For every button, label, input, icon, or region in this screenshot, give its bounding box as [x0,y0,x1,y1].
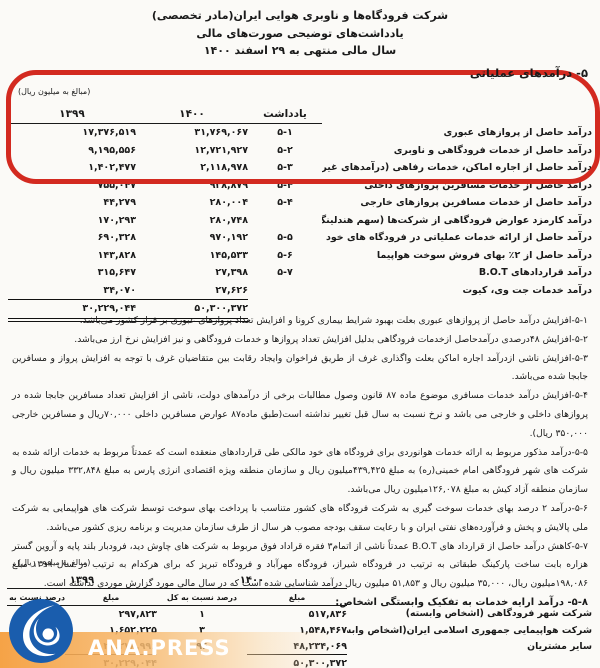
report-header: شرکت فرودگاه‌ها و ناوبری هوایی ایران(ماد… [0,7,600,60]
amount-1400: ۳۱,۷۶۹,۰۶۷ [136,124,248,142]
amount-1399: ۱۴۳,۸۲۸ [8,247,136,265]
report-title: یادداشت‌های توضیحی صورت‌های مالی [0,25,600,43]
note-5-1: ۵-۱-افزایش درآمد حاصل از پروازهای عبوری … [12,312,588,331]
revenue-label: درآمد حاصل از اجاره اماکن، خدمات رفاهی (… [322,159,592,177]
amount-1399: ۱۷۰,۲۹۳ [8,212,136,230]
sub-header-spacer [347,589,592,606]
amount-1399: ۶۹۰,۳۲۸ [8,229,136,247]
table-row: درآمد حاصل از خدمات فرودگاهی و ناوبری۵-۲… [8,142,592,160]
amount-1400: ۲۸۰,۰۰۴ [136,194,248,212]
amount-1399: ۲۹۷,۸۲۳ [65,606,157,623]
customer-label: سایر مشتریان [347,638,592,655]
revenue-label: درآمد حاصل از خدمات مسافرین پروازهای داخ… [322,177,592,195]
note-5-6: ۵-۶-درآمد ۲ درصد بهای خدمات سوخت گیری به… [12,500,588,538]
table-row: درآمد حاصل از ارائه خدمات عملیاتی در فرو… [8,229,592,247]
ana-news-agency-logo-icon [8,598,74,664]
fiscal-period: سال مالی منتهی به ۲۹ اسفند ۱۴۰۰ [0,42,600,60]
table-row: درآمد حاصل از پروازهای عبوری۵-۱۳۱,۷۶۹,۰۶… [8,124,592,142]
amount-1399: ۱۷,۳۷۶,۵۱۹ [8,124,136,142]
sub-header-amount-1399: مبلغ [65,589,157,606]
note-ref: ۵-۱ [248,124,322,142]
amount-1399: ۳۱۵,۶۴۷ [8,264,136,282]
amount-1399: ۳۴,۰۷۰ [8,282,136,300]
scanned-financial-note-page: شرکت فرودگاه‌ها و ناوبری هوایی ایران(ماد… [0,0,600,668]
totals-spacer [347,655,592,668]
table-row: درآمد قراردادهای B.O.T۵-۷۲۷,۳۹۸۳۱۵,۶۴۷ [8,264,592,282]
note-ref: ۵-۴ [248,194,322,212]
revenue-label: درآمد حاصل از ۲٪ بهای فروش سوخت هواپیما [322,247,592,265]
amount-1400: ۱۲,۷۲۱,۹۲۷ [136,142,248,160]
column-header-note: یادداشت [248,84,322,124]
sub-header-pct-1400: درصد نسبت به کل [157,589,247,606]
revenue-label: درآمد حاصل از پروازهای عبوری [322,124,592,142]
amount-1399: ۱,۴۰۲,۴۷۷ [8,159,136,177]
year-header-spacer [347,572,592,589]
operating-revenues-table: یادداشت ۱۴۰۰ ۱۳۹۹ درآمد حاصل از پروازهای… [8,84,592,322]
amount-1400: ۲,۱۱۸,۹۷۸ [136,159,248,177]
revenue-label: درآمد خدمات جت وی، کیوت [322,282,592,300]
table-row: درآمد حاصل از خدمات مسافرین پروازهای خار… [8,194,592,212]
note-ref: ۵-۲ [248,142,322,160]
revenue-label: درآمد حاصل از خدمات مسافرین پروازهای خار… [322,194,592,212]
table-row: درآمد کارمزد عوارض فرودگاهی از شرکت‌ها (… [8,212,592,230]
column-header-1399: ۱۳۹۹ [8,84,136,124]
table-header-row: یادداشت ۱۴۰۰ ۱۳۹۹ [8,84,592,124]
amount-1400: ۱۴۵,۵۳۳ [136,247,248,265]
note-5-3: ۵-۳-افزایش ناشی ازدرآمد اجاره اماکن بعلت… [12,350,588,388]
customer-label: شرکت شهر فرودگاهی (اشخاص وابسته) [347,606,592,623]
amount-1400: ۴۸,۲۳۴,۰۶۹ [247,638,347,655]
header-spacer [322,84,592,124]
sub-header-row: مبلغ درصد نسبت به کل مبلغ درصد نسبت به ک… [7,589,592,606]
note-ref: ۵-۴ [248,177,322,195]
note-ref: ۵-۵ [248,229,322,247]
amount-1400: ۲۷,۳۹۸ [136,264,248,282]
sub-header-amount-1400: مبلغ [247,589,347,606]
section-title-operating-revenues: ۵- درآمدهای عملیاتی [470,66,588,80]
amount-1400: ۹۳۸,۸۷۹ [136,177,248,195]
note-5-5: ۵-۵-درآمد مذکور مربوط به ارائه خدمات هوا… [12,444,588,500]
amount-1400: ۱,۵۴۸,۴۶۷ [247,622,347,638]
revenue-label: درآمد کارمزد عوارض فرودگاهی از شرکت‌ها (… [322,212,592,230]
note-ref [248,282,322,300]
explanatory-notes: ۵-۱-افزایش درآمد حاصل از پروازهای عبوری … [12,312,588,613]
revenue-label: درآمد قراردادهای B.O.T [322,264,592,282]
revenue-label: درآمد حاصل از ارائه خدمات عملیاتی در فرو… [322,229,592,247]
pct-1400: ۱ [157,606,247,623]
amount-1400: ۹۷۰,۱۹۲ [136,229,248,247]
company-name: شرکت فرودگاه‌ها و ناوبری هوایی ایران(ماد… [0,7,600,25]
amount-1400: ۲۷,۶۲۶ [136,282,248,300]
year-header-1400: ۱۴۰۰ [157,572,347,589]
column-header-1400: ۱۴۰۰ [136,84,248,124]
revenue-label: درآمد حاصل از خدمات فرودگاهی و ناوبری [322,142,592,160]
breakdown-row: شرکت شهر فرودگاهی (اشخاص وابسته)۵۱۷,۸۳۶۱… [7,606,592,623]
note-5-2: ۵-۲-افزایش ۴۸درصدی درآمدحاصل ازخدمات فرو… [12,331,588,350]
year-header-1399: ۱۳۹۹ [7,572,157,589]
amount-1399: ۴۴,۲۷۹ [8,194,136,212]
note-ref: ۵-۶ [248,247,322,265]
note-ref: ۵-۷ [248,264,322,282]
year-header-row: ۱۴۰۰ ۱۳۹۹ [7,572,592,589]
table-row: درآمد حاصل از خدمات مسافرین پروازهای داخ… [8,177,592,195]
amount-1399: ۷۵۵,۰۴۷ [8,177,136,195]
note-5-4: ۵-۴-افزایش درآمد خدمات مسافری موضوع ماده… [12,387,588,443]
table-row: درآمد خدمات جت وی، کیوت۲۷,۶۲۶۳۴,۰۷۰ [8,282,592,300]
table-row: درآمد حاصل از ۲٪ بهای فروش سوخت هواپیما۵… [8,247,592,265]
amount-1400: ۲۸۰,۷۴۸ [136,212,248,230]
amount-1400: ۵۱۷,۸۳۶ [247,606,347,623]
amount-1399: ۹,۱۹۵,۵۵۶ [8,142,136,160]
watermark-text: ANA.PRESS [88,636,231,660]
note-ref: ۵-۳ [248,159,322,177]
customer-label: شرکت هواپیمایی جمهوری اسلامی ایران(اشخاص… [347,622,592,638]
breakdown-total-1400: ۵۰,۳۰۰,۳۷۲ [247,655,347,668]
note-ref [248,212,322,230]
table-row: درآمد حاصل از اجاره اماکن، خدمات رفاهی (… [8,159,592,177]
